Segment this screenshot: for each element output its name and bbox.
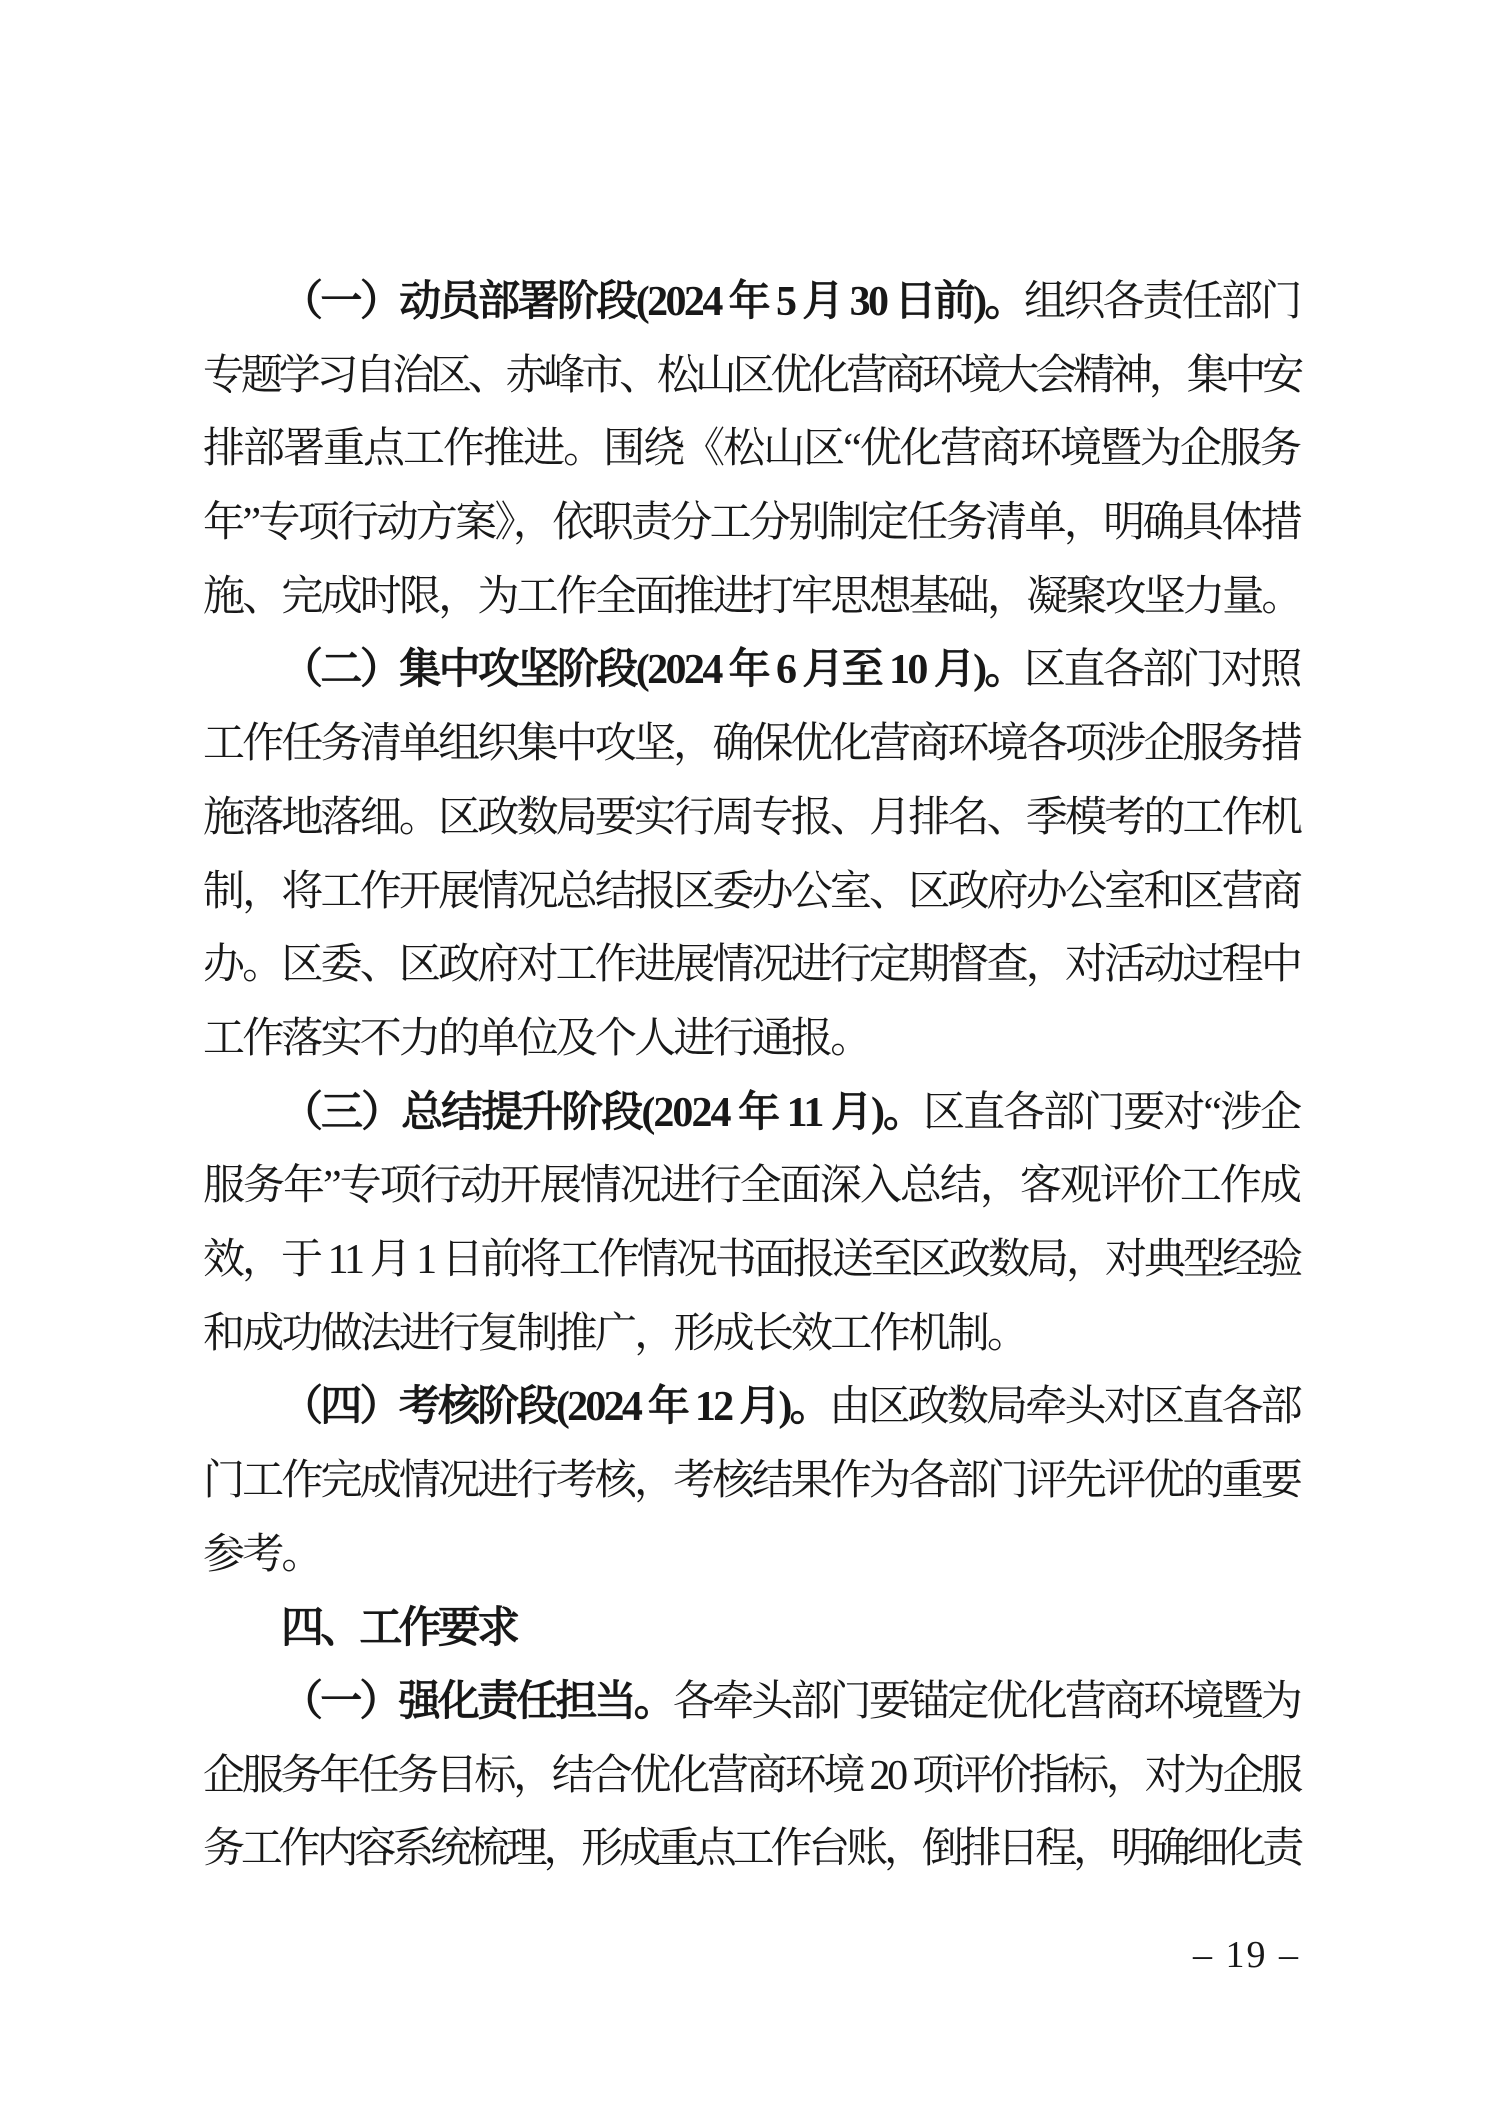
paragraph-lead-label: （一）动员部署阶段(2024 年 5 月 30 日前)。 <box>281 279 1024 325</box>
line-ink: 效，于 11 月 1 日前将工作情况书面报送至区政数局，对典型经验 <box>203 1237 1300 1283</box>
line-ink: 服务年”专项行动开展情况进行全面深入总结，客观评价工作成 <box>203 1163 1300 1209</box>
line-text: 由区政数局牵头对区直各部 <box>829 1384 1300 1430</box>
line-text: 各牵头部门要锚定优化营商环境暨为 <box>673 1679 1300 1725</box>
text-line: 门工作完成情况进行考核，考核结果作为各部门评先评优的重要 <box>203 1445 1300 1519</box>
text-line: 制，将工作开展情况总结报区委办公室、区政府办公室和区营商 <box>203 856 1300 930</box>
text-line: 效，于 11 月 1 日前将工作情况书面报送至区政数局，对典型经验 <box>203 1224 1300 1298</box>
line-text: 年”专项行动方案》，依职责分工分别制定任务清单，明确具体措 <box>203 500 1300 546</box>
line-text: 排部署重点工作推进。围绕《松山区“优化营商环境暨为企服务 <box>203 426 1300 472</box>
text-line: （一）强化责任担当。各牵头部门要锚定优化营商环境暨为 <box>203 1666 1300 1740</box>
text-line: 企服务年任务目标，结合优化营商环境 20 项评价指标，对为企服 <box>203 1740 1300 1814</box>
line-ink: （三）总结提升阶段(2024 年 11 月)。区直各部门要对“涉企 <box>281 1090 1300 1136</box>
line-ink: （四）考核阶段(2024 年 12 月)。由区政数局牵头对区直各部 <box>281 1384 1300 1430</box>
line-ink: 四、工作要求 <box>281 1604 516 1652</box>
line-text: 施落地落细。区政数局要实行周专报、月排名、季模考的工作机 <box>203 795 1300 841</box>
page-number: – 19 – <box>1193 1934 1300 1976</box>
text-line: 工作落实不力的单位及个人进行通报。 <box>203 1003 1300 1077</box>
paragraph-lead-label: （二）集中攻坚阶段(2024 年 6 月至 10 月)。 <box>281 647 1024 693</box>
line-text: 门工作完成情况进行考核，考核结果作为各部门评先评优的重要 <box>203 1458 1300 1504</box>
text-line: 办。区委、区政府对工作进展情况进行定期督查，对活动过程中 <box>203 929 1300 1003</box>
line-ink: 施落地落细。区政数局要实行周专报、月排名、季模考的工作机 <box>203 795 1300 841</box>
line-ink: （一）动员部署阶段(2024 年 5 月 30 日前)。组织各责任部门 <box>281 279 1300 325</box>
text-line: （四）考核阶段(2024 年 12 月)。由区政数局牵头对区直各部 <box>203 1371 1300 1445</box>
paragraph-lead-label: （一）强化责任担当。 <box>281 1679 673 1725</box>
line-text: 工作落实不力的单位及个人进行通报。 <box>203 1016 869 1062</box>
line-text: 制，将工作开展情况总结报区委办公室、区政府办公室和区营商 <box>203 869 1300 915</box>
line-ink: 工作任务清单组织集中攻坚，确保优化营商环境各项涉企服务措 <box>203 721 1300 767</box>
line-ink: 企服务年任务目标，结合优化营商环境 20 项评价指标，对为企服 <box>203 1753 1300 1799</box>
line-text: 专题学习自治区、赤峰市、松山区优化营商环境大会精神，集中安 <box>203 353 1300 399</box>
line-ink: 务工作内容系统梳理，形成重点工作台账，倒排日程，明确细化责 <box>203 1826 1300 1872</box>
line-text: 施、完成时限，为工作全面推进打牢思想基础，凝聚攻坚力量。 <box>203 574 1301 620</box>
line-ink: （一）强化责任担当。各牵头部门要锚定优化营商环境暨为 <box>281 1679 1300 1725</box>
line-text: 参考。 <box>203 1532 321 1578</box>
line-ink: 办。区委、区政府对工作进展情况进行定期督查，对活动过程中 <box>203 942 1300 988</box>
line-ink: 施、完成时限，为工作全面推进打牢思想基础，凝聚攻坚力量。 <box>203 574 1301 620</box>
line-ink: 和成功做法进行复制推广，形成长效工作机制。 <box>203 1311 1026 1357</box>
line-ink: 年”专项行动方案》，依职责分工分别制定任务清单，明确具体措 <box>203 500 1300 546</box>
text-line: 施落地落细。区政数局要实行周专报、月排名、季模考的工作机 <box>203 782 1300 856</box>
line-text: 组织各责任部门 <box>1024 279 1300 325</box>
line-ink: 制，将工作开展情况总结报区委办公室、区政府办公室和区营商 <box>203 869 1300 915</box>
line-text: 区直各部门要对“涉企 <box>923 1090 1300 1136</box>
text-line: 排部署重点工作推进。围绕《松山区“优化营商环境暨为企服务 <box>203 413 1300 487</box>
line-ink: 专题学习自治区、赤峰市、松山区优化营商环境大会精神，集中安 <box>203 353 1300 399</box>
paragraph-lead-label: （三）总结提升阶段(2024 年 11 月)。 <box>281 1090 923 1136</box>
text-line: 服务年”专项行动开展情况进行全面深入总结，客观评价工作成 <box>203 1150 1300 1224</box>
line-text: 务工作内容系统梳理，形成重点工作台账，倒排日程，明确细化责 <box>203 1826 1300 1872</box>
line-text: 办。区委、区政府对工作进展情况进行定期督查，对活动过程中 <box>203 942 1300 988</box>
text-line: 工作任务清单组织集中攻坚，确保优化营商环境各项涉企服务措 <box>203 708 1300 782</box>
line-text: 工作任务清单组织集中攻坚，确保优化营商环境各项涉企服务措 <box>203 721 1300 767</box>
text-line: （一）动员部署阶段(2024 年 5 月 30 日前)。组织各责任部门 <box>203 266 1300 340</box>
text-line: 务工作内容系统梳理，形成重点工作台账，倒排日程，明确细化责 <box>203 1813 1300 1887</box>
document-page: （一）动员部署阶段(2024 年 5 月 30 日前)。组织各责任部门专题学习自… <box>0 0 1488 2104</box>
text-line: （三）总结提升阶段(2024 年 11 月)。区直各部门要对“涉企 <box>203 1077 1300 1151</box>
line-ink: （二）集中攻坚阶段(2024 年 6 月至 10 月)。区直各部门对照 <box>281 647 1300 693</box>
section-heading: 四、工作要求 <box>203 1592 1300 1666</box>
line-ink: 门工作完成情况进行考核，考核结果作为各部门评先评优的重要 <box>203 1458 1300 1504</box>
text-line: （二）集中攻坚阶段(2024 年 6 月至 10 月)。区直各部门对照 <box>203 634 1300 708</box>
line-text: 区直各部门对照 <box>1024 647 1300 693</box>
text-line: 和成功做法进行复制推广，形成长效工作机制。 <box>203 1298 1300 1372</box>
document-body: （一）动员部署阶段(2024 年 5 月 30 日前)。组织各责任部门专题学习自… <box>203 266 1300 1887</box>
line-text: 效，于 11 月 1 日前将工作情况书面报送至区政数局，对典型经验 <box>203 1237 1300 1283</box>
text-line: 专题学习自治区、赤峰市、松山区优化营商环境大会精神，集中安 <box>203 340 1300 414</box>
text-line: 年”专项行动方案》，依职责分工分别制定任务清单，明确具体措 <box>203 487 1300 561</box>
line-ink: 参考。 <box>203 1532 321 1578</box>
line-ink: 排部署重点工作推进。围绕《松山区“优化营商环境暨为企服务 <box>203 426 1300 472</box>
line-text: 四、工作要求 <box>281 1604 516 1652</box>
text-line: 参考。 <box>203 1519 1300 1593</box>
line-text: 和成功做法进行复制推广，形成长效工作机制。 <box>203 1311 1026 1357</box>
line-text: 企服务年任务目标，结合优化营商环境 20 项评价指标，对为企服 <box>203 1753 1300 1799</box>
paragraph-lead-label: （四）考核阶段(2024 年 12 月)。 <box>281 1384 829 1430</box>
text-line: 施、完成时限，为工作全面推进打牢思想基础，凝聚攻坚力量。 <box>203 561 1300 635</box>
line-ink: 工作落实不力的单位及个人进行通报。 <box>203 1016 869 1062</box>
line-text: 服务年”专项行动开展情况进行全面深入总结，客观评价工作成 <box>203 1163 1300 1209</box>
